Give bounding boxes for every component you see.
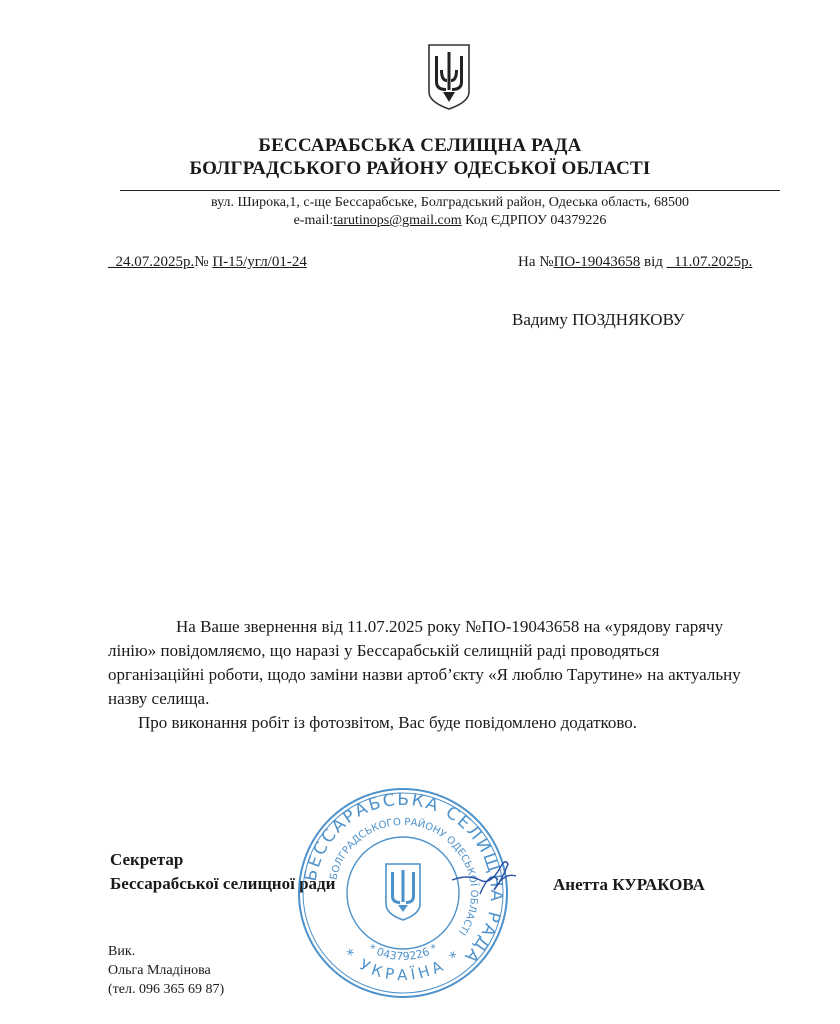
executor-phone: (тел. 096 365 69 87) — [108, 980, 224, 999]
incoming-date: _11.07.2025р. — [667, 254, 753, 270]
email-label: e-mail: — [294, 213, 334, 228]
incoming-from-label: від — [640, 254, 666, 270]
outgoing-number: П-15/угл/01-24 — [212, 254, 307, 270]
stamp-trident-icon — [386, 864, 420, 920]
email-link[interactable]: tarutinops@gmail.com — [333, 213, 461, 228]
organization-name: БЕССАРАБСЬКА СЕЛИЩНА РАДА — [0, 135, 840, 157]
body-paragraph: Про виконання робіт із фотозвітом, Вас б… — [108, 711, 748, 735]
executor-name: Ольга Младінова — [108, 961, 224, 980]
outgoing-reference: _24.07.2025р.№ П-15/угл/01-24 — [108, 254, 307, 271]
incoming-number: ПО-19043658 — [554, 254, 641, 270]
executor-label: Вик. — [108, 942, 224, 961]
signatory-name: Анетта КУРАКОВА — [553, 875, 705, 895]
svg-text:* 04379226 *: * 04379226 * — [366, 941, 440, 963]
organization-district: БОЛГРАДСЬКОГО РАЙОНУ ОДЕСЬКОЇ ОБЛАСТІ — [0, 158, 840, 180]
handwritten-signature — [450, 850, 520, 900]
organization-contacts: e-mail:tarutinops@gmail.com Код ЄДРПОУ 0… — [120, 213, 780, 229]
addressee: Вадиму ПОЗДНЯКОВУ — [512, 310, 685, 330]
letter-body: На Ваше звернення від 11.07.2025 року №П… — [108, 615, 748, 735]
executor-info: Вик. Ольга Младінова (тел. 096 365 69 87… — [108, 942, 224, 999]
incoming-reference: На №ПО-19043658 від _11.07.2025р. — [518, 254, 752, 271]
outgoing-date: _24.07.2025р. — [108, 254, 194, 270]
edrpou-code: Код ЄДРПОУ 04379226 — [462, 213, 607, 228]
header-divider — [120, 190, 780, 191]
organization-address: вул. Широка,1, с-ще Бессарабське, Болгра… — [120, 195, 780, 211]
outgoing-number-label: № — [194, 254, 212, 270]
incoming-number-label: На № — [518, 254, 554, 270]
body-paragraph: На Ваше звернення від 11.07.2025 року №П… — [108, 615, 748, 711]
trident-coat-of-arms-icon — [426, 42, 472, 112]
